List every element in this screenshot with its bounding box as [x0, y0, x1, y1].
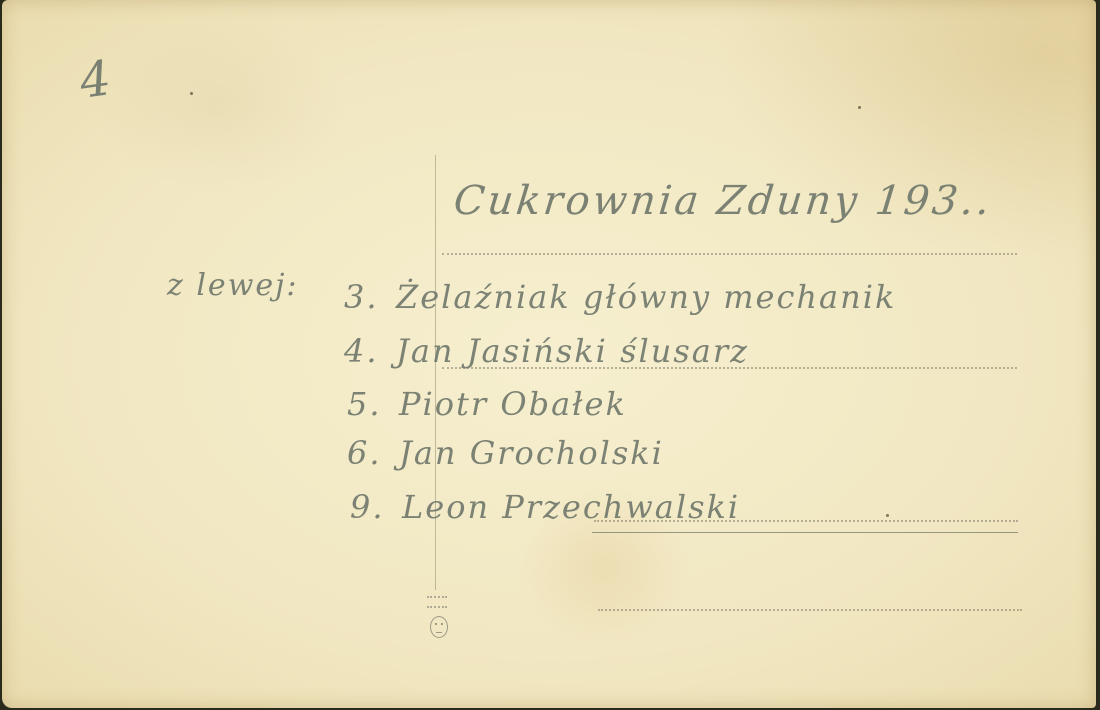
item-text: Żelaźniak główny mechanik: [396, 278, 896, 316]
from-left-label: z lewej:: [167, 268, 299, 303]
postcard-back: 4 Cukrownia Zduny 193.. z lewej: 3.Żelaź…: [2, 0, 1096, 708]
solid-line: [592, 532, 1018, 533]
item-number: 9.: [350, 488, 402, 526]
item-text: Jan Grocholski: [399, 434, 664, 472]
list-item: 4.Jan Jasiński ślusarz: [344, 332, 749, 370]
dotted-line-3: [594, 520, 1018, 522]
paper-fleck: [886, 514, 889, 517]
paper-fleck: [858, 106, 861, 109]
item-number: 4.: [344, 332, 396, 370]
list-item: 6.Jan Grocholski: [347, 434, 664, 472]
paper-fleck: [190, 92, 193, 95]
postcard-title: Cukrownia Zduny 193..: [452, 178, 995, 224]
item-number: 5.: [347, 385, 399, 423]
face-stamp-icon: [430, 616, 448, 638]
stamp-text-mark: [427, 596, 447, 608]
corner-number: 4: [76, 50, 115, 110]
item-text: Piotr Obałek: [399, 385, 627, 423]
list-item: 5.Piotr Obałek: [347, 385, 627, 423]
item-number: 6.: [347, 434, 399, 472]
dotted-line-4: [598, 609, 1022, 611]
item-number: 3.: [344, 278, 396, 316]
list-item: 3.Żelaźniak główny mechanik: [344, 278, 896, 316]
dotted-line-1: [442, 253, 1017, 255]
item-text: Jan Jasiński ślusarz: [396, 332, 749, 370]
dotted-line-2: [442, 367, 1017, 369]
